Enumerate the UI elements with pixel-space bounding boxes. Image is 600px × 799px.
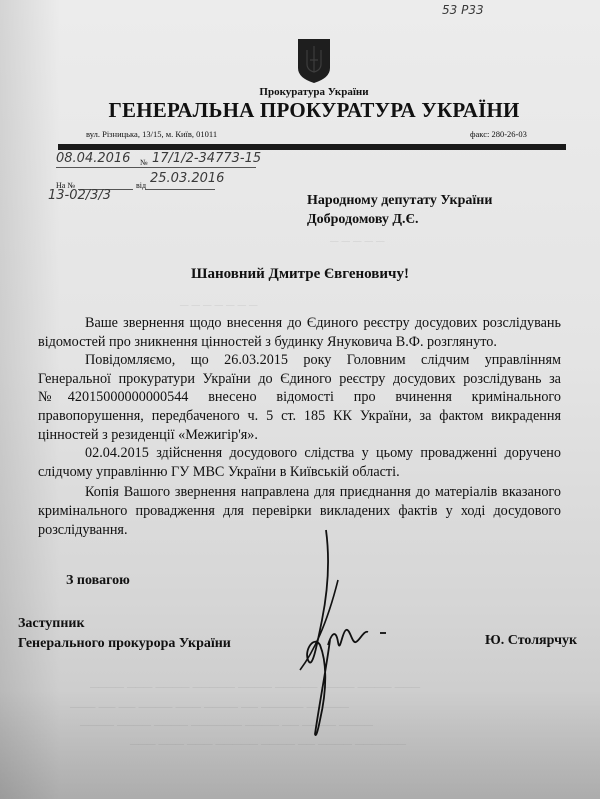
reference-date: 25.03.2016 — [150, 171, 224, 186]
letter-page: ─ ─ ─ ─ ─ ─ ─ ─ ─ ─ ─ ─ ──── ─── ──── ──… — [0, 0, 600, 799]
bleed-through-text: ─ ─ ─ ─ ─ ─ ─ — [180, 298, 258, 313]
signer-title-line1: Заступник — [18, 614, 231, 634]
handwritten-signature-icon — [270, 520, 410, 740]
signer-title: Заступник Генерального прокурора України — [18, 614, 231, 654]
recipient-title: Народному депутату України — [307, 191, 492, 210]
body-paragraph: Повідомляємо, що 26.03.2015 року Головни… — [38, 351, 561, 444]
incoming-stamp-number: 53 Р33 — [442, 3, 484, 17]
body-paragraph: 02.04.2015 здійснення досудового слідств… — [38, 444, 561, 481]
bleed-through-text: ─ ─ ─ ─ ─ — [330, 234, 385, 249]
closing-phrase: З повагою — [66, 573, 130, 589]
outgoing-number: 17/1/2-34773-15 — [152, 151, 261, 166]
signer-name: Ю. Столярчук — [485, 633, 577, 649]
recipient-block: Народному депутату України Добродомову Д… — [307, 191, 492, 229]
org-address: вул. Різницька, 13/15, м. Київ, 01011 — [86, 129, 217, 139]
body-paragraph: Ваше звернення щодо внесення до Єдиного … — [38, 314, 561, 351]
reference-extra-number: 13-02/3/3 — [48, 188, 111, 203]
letter-body: Ваше звернення щодо внесення до Єдиного … — [38, 314, 561, 539]
recipient-name: Добродомову Д.Є. — [307, 210, 492, 229]
org-name-large: ГЕНЕРАЛЬНА ПРОКУРАТУРА УКРАЇНИ — [0, 98, 600, 123]
signer-title-line2: Генерального прокурора України — [18, 634, 231, 654]
org-name-small: Прокуратура України — [0, 86, 600, 98]
salutation: Шановний Дмитре Євгеновичу! — [0, 266, 600, 283]
outgoing-number-label: № — [140, 158, 148, 167]
outgoing-date: 08.04.2016 — [56, 151, 130, 166]
outgoing-underline — [56, 167, 256, 168]
trident-emblem-icon — [297, 38, 331, 84]
org-fax: факс: 280-26-03 — [470, 129, 527, 139]
reference-date-underline — [145, 189, 215, 190]
letterhead-divider — [58, 144, 566, 150]
